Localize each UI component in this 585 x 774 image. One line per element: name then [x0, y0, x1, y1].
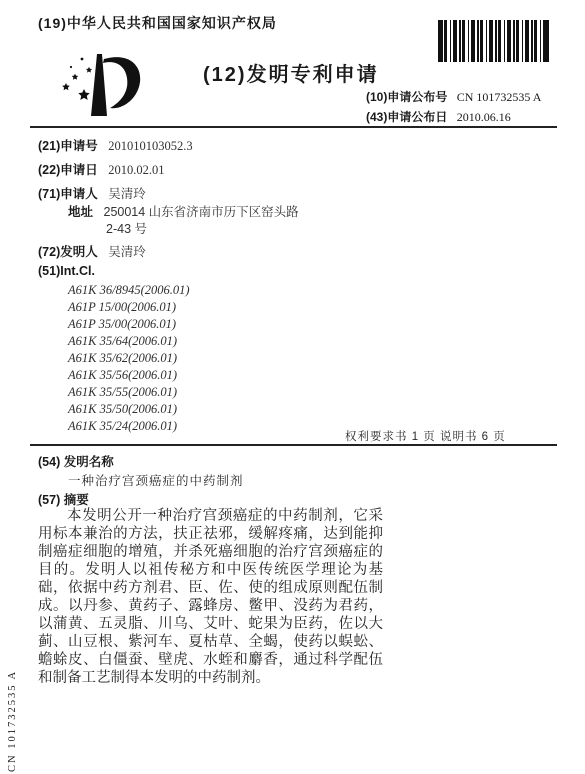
inventor-value: 吴清玲 — [108, 245, 146, 259]
document-type-title: (12)发明专利申请 — [203, 58, 379, 87]
filing-date-row: (22)申请日 2010.02.01 — [38, 160, 164, 178]
address-value-line1: 250014 山东省济南市历下区窑头路 — [104, 205, 299, 219]
publication-date-value: 2010.06.16 — [457, 110, 511, 124]
ipc-code: A61K 35/50(2006.01) — [68, 401, 190, 418]
address-label: 地址 — [68, 205, 93, 219]
invention-title: 一种治疗宫颈癌症的中药制剂 — [68, 471, 244, 489]
inventor-label: (72)发明人 — [38, 245, 98, 259]
publication-number-value: CN 101732535 A — [457, 90, 542, 104]
applicant-row: (71)申请人 吴清玲 — [38, 184, 146, 202]
patent-cover-page: (19)中华人民共和国国家知识产权局 (12)发明专利申请 (10)申请公布号 … — [0, 0, 585, 774]
ipc-code: A61K 35/62(2006.01) — [68, 350, 190, 367]
ipc-code: A61K 35/56(2006.01) — [68, 367, 190, 384]
barcode — [438, 20, 549, 62]
filing-date-value: 2010.02.01 — [108, 163, 164, 177]
pages-info: 权利要求书 1 页 说明书 6 页 — [345, 428, 506, 444]
sipo-logo-icon — [56, 50, 148, 128]
abstract-text: 本发明公开一种治疗宫颈癌症的中药制剂，它采用标本兼治的方法，扶正祛邪，缓解疼痛，… — [38, 507, 383, 687]
ipc-code: A61K 36/8945(2006.01) — [68, 282, 190, 299]
applicant-value: 吴清玲 — [108, 187, 146, 201]
application-number-value: 201010103052.3 — [108, 139, 192, 153]
header-divider — [30, 126, 557, 128]
filing-date-label: (22)申请日 — [38, 163, 98, 177]
issuing-office: (19)中华人民共和国国家知识产权局 — [38, 13, 277, 33]
int-cl-label: (51)Int.Cl. — [38, 264, 95, 278]
publication-number-label: (10)申请公布号 — [366, 90, 447, 104]
applicant-label: (71)申请人 — [38, 187, 98, 201]
application-number-label: (21)申请号 — [38, 139, 98, 153]
body-divider — [30, 444, 557, 446]
invention-title-label: (54) 发明名称 — [38, 452, 114, 470]
publication-number-row: (10)申请公布号 CN 101732535 A — [366, 88, 541, 105]
address-row: 地址 250014 山东省济南市历下区窑头路 — [68, 202, 299, 220]
ipc-code: A61K 35/24(2006.01) — [68, 418, 190, 435]
ipc-code: A61K 35/64(2006.01) — [68, 333, 190, 350]
application-number-row: (21)申请号 201010103052.3 — [38, 136, 193, 154]
ipc-code: A61P 35/00(2006.01) — [68, 316, 190, 333]
address-value-line2: 2-43 号 — [106, 219, 147, 237]
publication-date-label: (43)申请公布日 — [366, 110, 447, 124]
side-publication-number: CN 101732535 A — [7, 670, 18, 772]
ipc-classification-list: A61K 36/8945(2006.01) A61P 15/00(2006.01… — [68, 282, 190, 435]
publication-date-row: (43)申请公布日 2010.06.16 — [366, 108, 511, 125]
ipc-code: A61P 15/00(2006.01) — [68, 299, 190, 316]
inventor-row: (72)发明人 吴清玲 — [38, 242, 146, 260]
ipc-code: A61K 35/55(2006.01) — [68, 384, 190, 401]
abstract-label: (57) 摘要 — [38, 490, 89, 508]
